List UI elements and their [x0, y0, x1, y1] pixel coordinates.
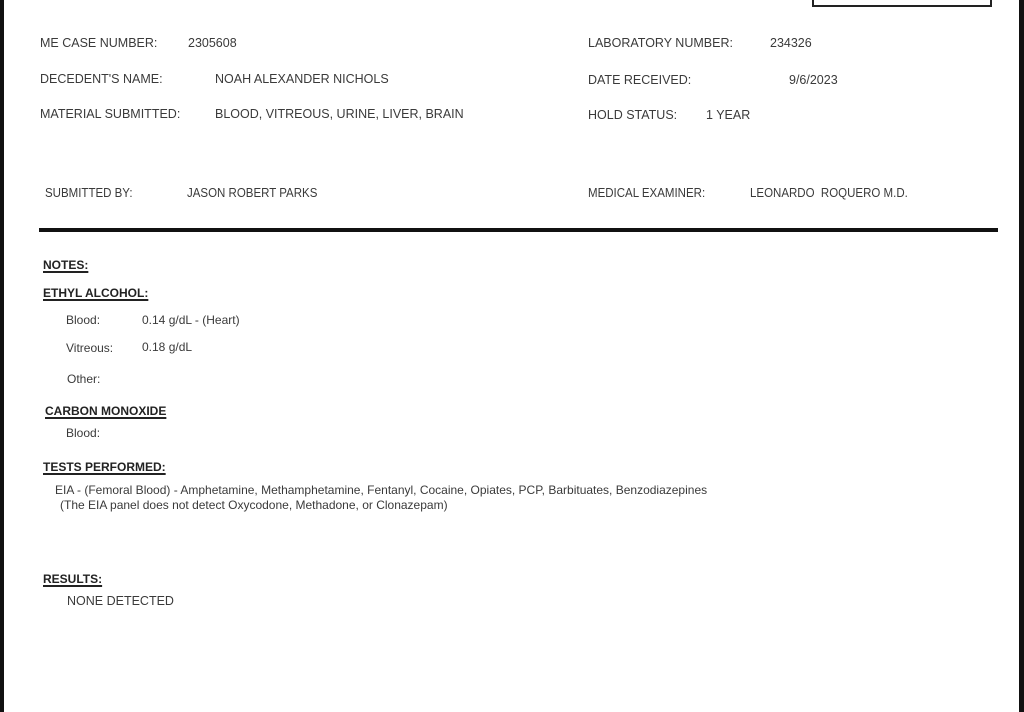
header-divider: [39, 228, 998, 232]
submitted-by-label: SUBMITTED BY:: [45, 186, 133, 200]
header-box: [812, 0, 992, 7]
hold-status-value: 1 YEAR: [706, 108, 750, 122]
material-submitted-label: MATERIAL SUBMITTED:: [40, 107, 180, 121]
page-border-right: [1019, 0, 1024, 712]
carbon-monoxide-heading: CARBON MONOXIDE: [45, 404, 166, 418]
ethyl-blood-label: Blood:: [66, 313, 100, 327]
results-heading: RESULTS:: [43, 572, 102, 586]
tests-performed-line1: EIA - (Femoral Blood) - Amphetamine, Met…: [55, 483, 707, 497]
ethyl-blood-value: 0.14 g/dL - (Heart): [142, 313, 240, 327]
material-submitted-value: BLOOD, VITREOUS, URINE, LIVER, BRAIN: [215, 107, 464, 121]
medical-examiner-value: LEONARDO ROQUERO M.D.: [750, 186, 908, 200]
me-case-number-value: 2305608: [188, 36, 237, 50]
ethyl-vitreous-value: 0.18 g/dL: [142, 340, 192, 354]
notes-heading: NOTES:: [43, 258, 88, 272]
submitted-by-value: JASON ROBERT PARKS: [187, 186, 317, 200]
page-border-left: [0, 0, 4, 712]
carbon-monoxide-blood-label: Blood:: [66, 426, 100, 440]
laboratory-number-label: LABORATORY NUMBER:: [588, 36, 733, 50]
decedent-name-value: NOAH ALEXANDER NICHOLS: [215, 72, 389, 86]
laboratory-number-value: 234326: [770, 36, 812, 50]
date-received-value: 9/6/2023: [789, 73, 838, 87]
ethyl-other-label: Other:: [67, 372, 100, 386]
hold-status-label: HOLD STATUS:: [588, 108, 677, 122]
ethyl-alcohol-heading: ETHYL ALCOHOL:: [43, 286, 148, 300]
decedent-name-label: DECEDENT'S NAME:: [40, 72, 163, 86]
date-received-label: DATE RECEIVED:: [588, 73, 691, 87]
ethyl-vitreous-label: Vitreous:: [66, 341, 113, 355]
tests-performed-heading: TESTS PERFORMED:: [43, 460, 166, 474]
tests-performed-line2: (The EIA panel does not detect Oxycodone…: [60, 498, 448, 512]
me-case-number-label: ME CASE NUMBER:: [40, 36, 157, 50]
results-value: NONE DETECTED: [67, 594, 174, 608]
medical-examiner-label: MEDICAL EXAMINER:: [588, 186, 705, 200]
